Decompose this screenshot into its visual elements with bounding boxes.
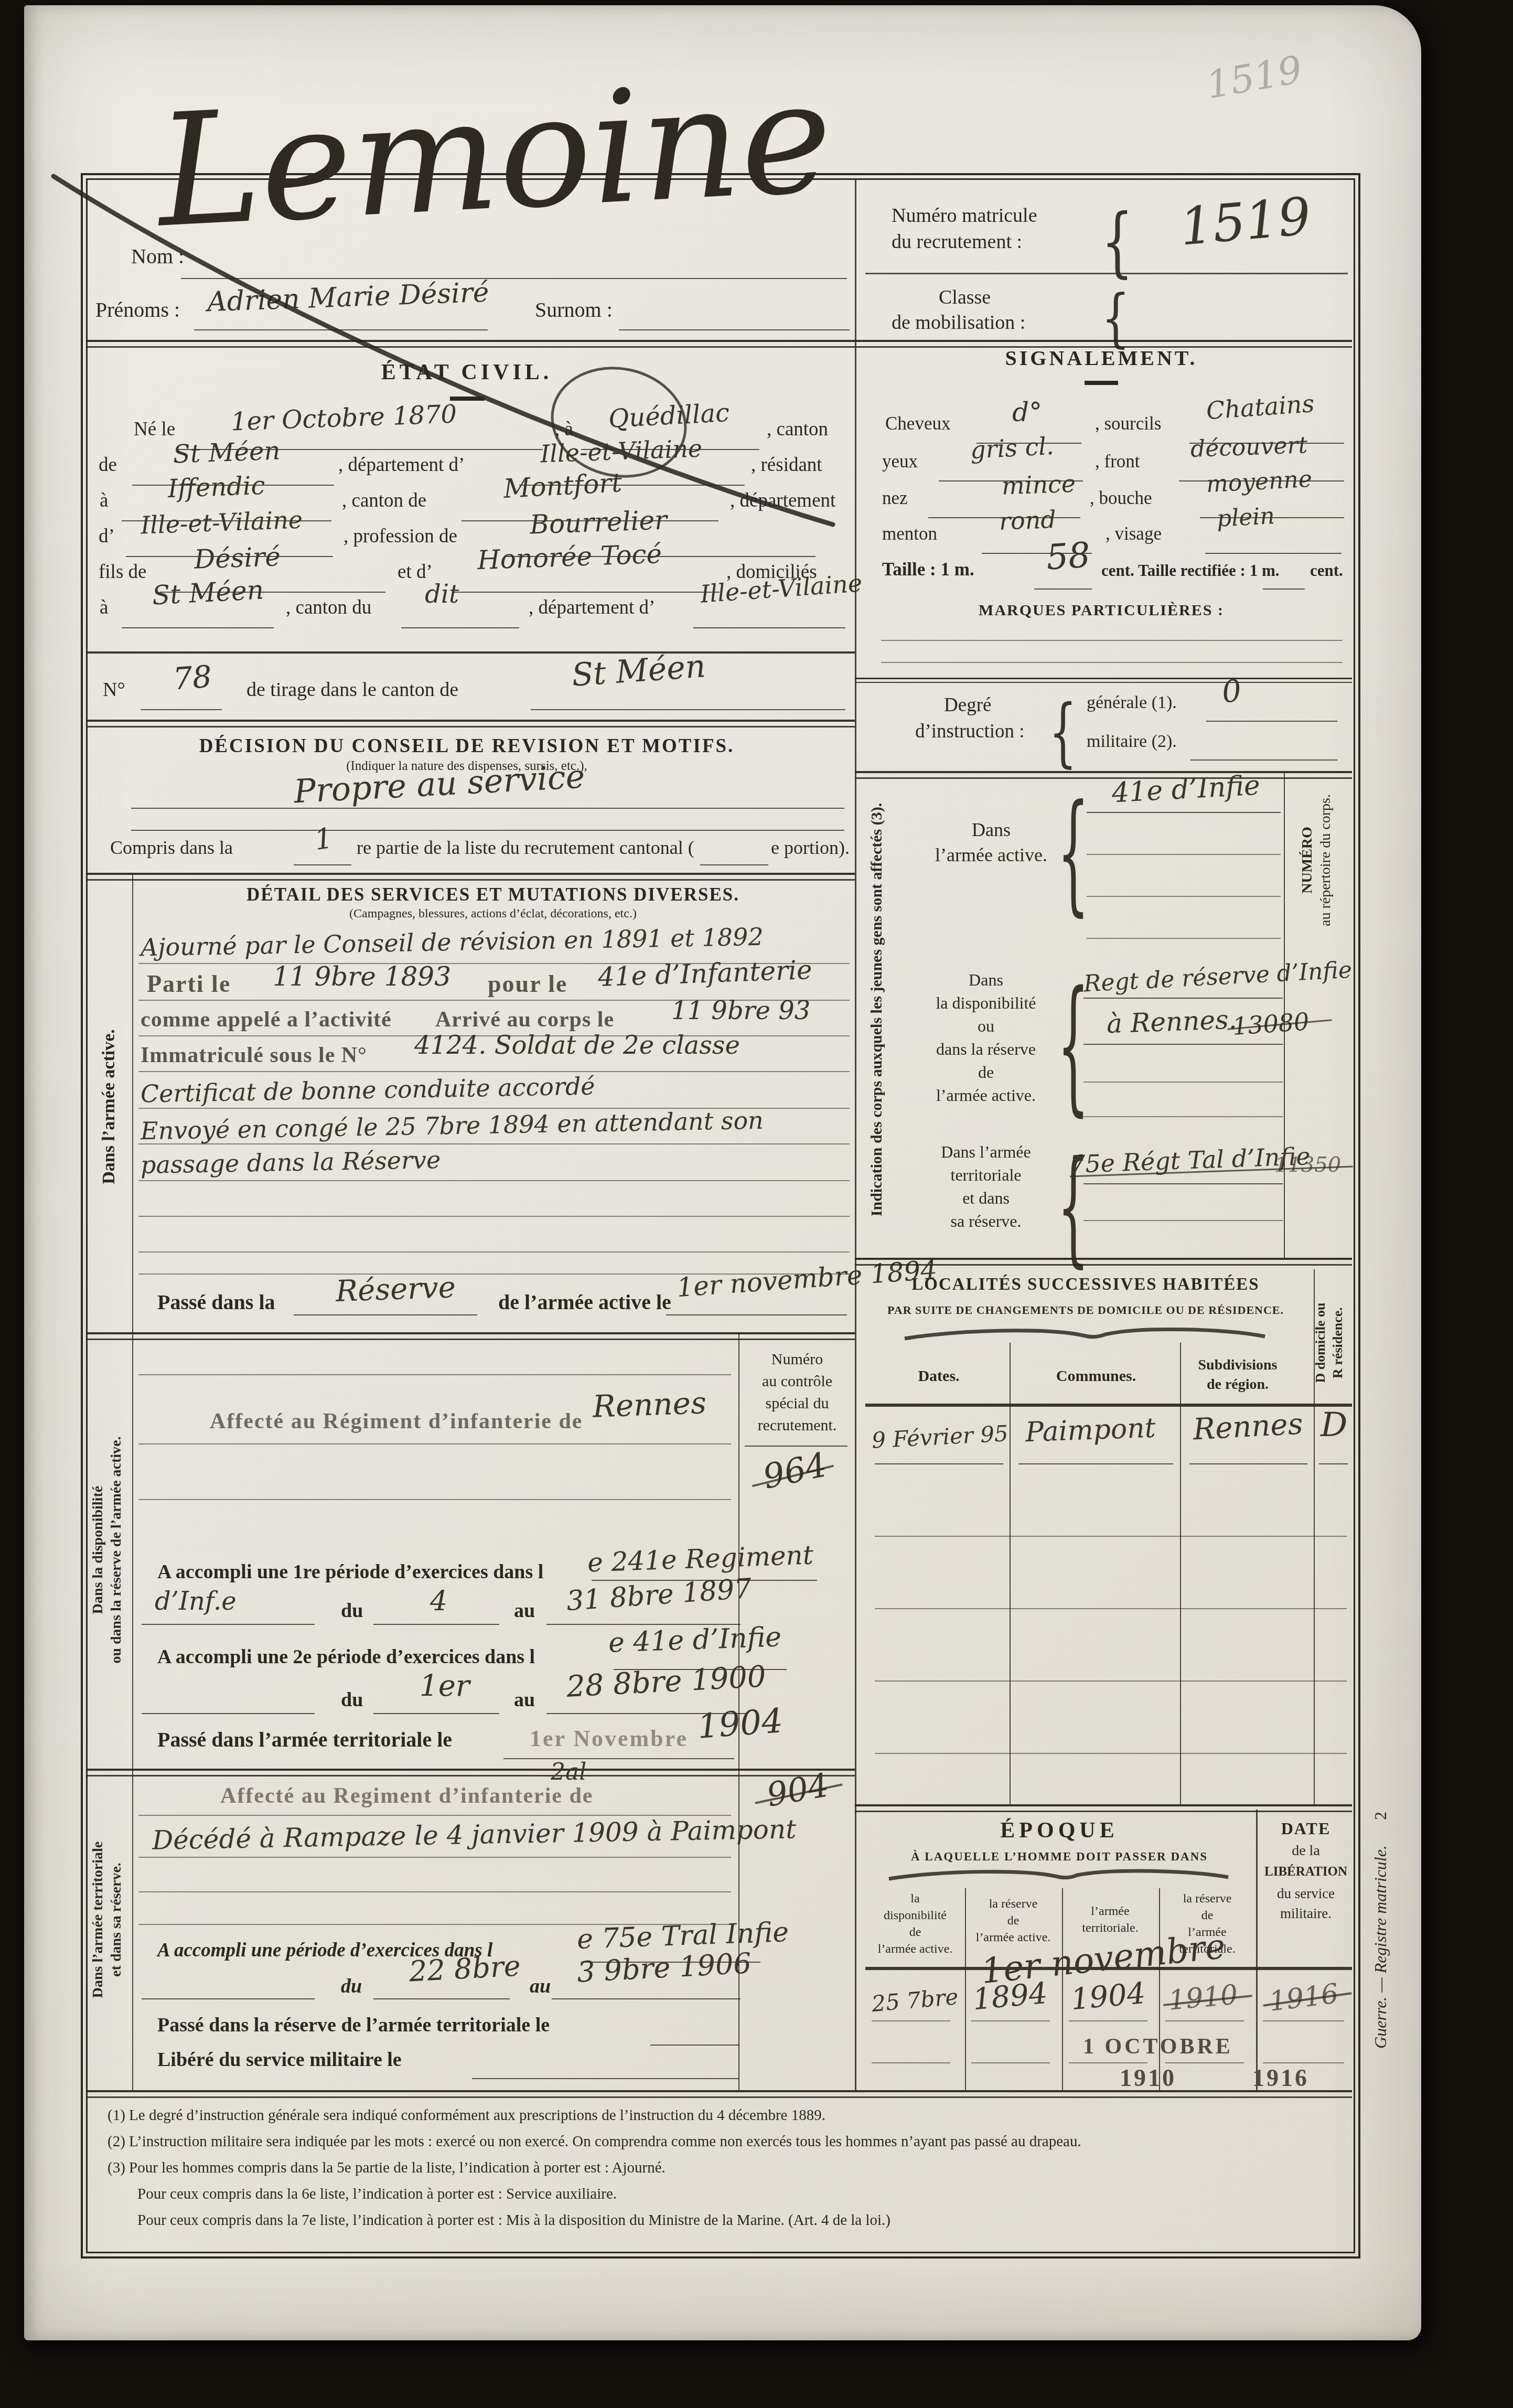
canton-naissance-value: St Méen — [173, 437, 281, 467]
line — [401, 627, 519, 628]
taille-cent-label: cent. — [1310, 562, 1343, 580]
terr-p-hw: e 75e Tral Infie — [576, 1918, 789, 1954]
services-line4-hw: 4124. Soldat de 2e classe — [414, 1032, 740, 1058]
classe-label2: de mobilisation : — [892, 313, 1025, 334]
epoque-v2: 1894 — [972, 1978, 1049, 2016]
menton-value: rond — [999, 507, 1056, 534]
line — [142, 1998, 315, 1999]
margin-label-territoriale: Dans l’armée territoriale et dans sa rés… — [89, 1842, 125, 1998]
footnote-4: Pour ceux compris dans la 6e liste, l’in… — [137, 2186, 617, 2202]
epoque-col1-l4: l’armée active. — [878, 1943, 953, 1956]
services-line3-stamp1: comme appelé a l’activité — [141, 1008, 392, 1031]
ne-le-label: Né le — [134, 420, 175, 440]
tirage-text: de tirage dans le canton de — [246, 680, 458, 701]
degre-label2: d’instruction : — [915, 722, 1025, 742]
canton-residence-value: Montfort — [503, 469, 623, 502]
tirage-no-label: N° — [103, 680, 125, 701]
numero-matricule-label2: du recrutement : — [892, 232, 1022, 253]
line — [1165, 2062, 1244, 2063]
epoque-col4-l2: de — [1201, 1909, 1214, 1922]
residence-value: Iffendic — [167, 473, 265, 502]
scan-photo: 1519 Lemoine Nom : Prénoms : Adrien Mari… — [0, 0, 1513, 2408]
signalement-heading: SIGNALEMENT. — [1005, 347, 1197, 369]
epoque-stamp-1916: 1916 — [1252, 2065, 1309, 2091]
line — [700, 864, 768, 865]
compris-label3: e portion). — [771, 838, 850, 858]
epoque-col1-l3: de — [909, 1926, 921, 1939]
epoque-stamp-octobre: 1 OCTOBRE — [1083, 2035, 1233, 2058]
taille-value: 58 — [1045, 537, 1092, 576]
line — [141, 709, 222, 710]
line — [142, 1713, 315, 1714]
line — [872, 2062, 950, 2063]
fils-de-label: fils de — [99, 562, 146, 583]
services-line2-stamp1: Parti le — [147, 971, 231, 997]
localites-divider3 — [1314, 1269, 1315, 1804]
epoque-col3-l2: territoriale. — [1082, 1922, 1138, 1935]
nez-label: nez — [882, 489, 908, 508]
localites-row-commune: Paimpont — [1025, 1414, 1156, 1447]
mere-value: Honorée Tocé — [477, 540, 662, 574]
corps-terr-label2: territoriale — [950, 1166, 1021, 1184]
bouche-value: moyenne — [1206, 467, 1313, 497]
corps-terr-num: 11350 — [1274, 1154, 1341, 1176]
localites-col-communes: Communes. — [1056, 1368, 1136, 1385]
sourcils-label: , sourcils — [1095, 414, 1161, 434]
tirage-bottom-rule — [86, 720, 855, 727]
line — [1083, 998, 1283, 999]
yeux-value: gris cl. — [970, 433, 1055, 463]
terr-reserve-label: Passé dans la réserve de l’armée territo… — [157, 2015, 550, 2036]
corps-numero-label-line: NUMÉRO — [1299, 827, 1315, 894]
line — [1087, 812, 1281, 813]
localites-col-subdiv2: de région. — [1207, 1377, 1269, 1392]
passe-reserve-label1: Passé dans la — [157, 1291, 275, 1313]
line — [875, 1681, 1347, 1682]
margin-label-disponibilite: Dans la disponibilité ou dans la réserve… — [89, 1436, 125, 1663]
corps-terr-label3: et dans — [962, 1190, 1010, 1207]
corps-active-label2: l’armée active. — [935, 846, 1047, 865]
epoque-date-label2: de la — [1292, 1843, 1320, 1858]
localites-divider1 — [1010, 1343, 1011, 1804]
localites-heading: LOCALITÉS SUCCESSIVES HABITÉES — [911, 1276, 1259, 1294]
line — [138, 1857, 731, 1858]
departement-naissance-value: Ille-et-Vilaine — [540, 436, 703, 467]
departement-residence-value: Ille-et-Vilaine — [140, 507, 303, 538]
corps-terr-label1: Dans l’armée — [941, 1143, 1031, 1161]
line — [138, 1216, 850, 1217]
front-label: , front — [1095, 452, 1140, 472]
passe-territoriale-stamp: 1er Novembre — [530, 1727, 688, 1751]
epoque-date-label5: militaire. — [1280, 1906, 1332, 1921]
epoque-date-label1: DATE — [1281, 1820, 1331, 1838]
passe-territoriale-value: 1904 — [696, 1704, 784, 1745]
localites-row-dr: D — [1321, 1408, 1347, 1443]
numero-matricule-value: 1519 — [1178, 189, 1313, 254]
line — [1319, 1463, 1348, 1464]
terr-du-label: du — [341, 1976, 362, 1997]
etat-civil-heading: ÉTAT CIVIL. — [381, 361, 553, 384]
libere-label: Libéré du service militaire le — [157, 2050, 402, 2071]
domicile-value: St Méen — [152, 576, 264, 609]
epoque-col2-l1: la réserve — [989, 1898, 1038, 1911]
p2-label: A accompli une 2e période d’exercices da… — [157, 1647, 535, 1668]
line — [875, 1536, 1347, 1537]
corps-margin-label-text: Indication des corps auxquels les jeunes… — [868, 803, 885, 1216]
main-column-divider — [855, 340, 856, 2090]
line — [1263, 588, 1305, 590]
tirage-no-value: 78 — [172, 660, 213, 695]
footnote-3: (3) Pour les hommes compris dans la 5e p… — [108, 2160, 666, 2176]
corps-dispo-label1: Dans — [969, 971, 1003, 989]
localites-dr-line: R résidence. — [1329, 1307, 1345, 1378]
epoque-heading: ÉPOQUE — [1000, 1819, 1118, 1842]
line — [503, 1758, 734, 1759]
line — [138, 1251, 850, 1253]
epoque-stamp-1910: 1910 — [1120, 2065, 1176, 2091]
line — [1083, 1116, 1283, 1117]
taille-label: Taille : 1 m. — [882, 560, 974, 580]
corps-bottom-rule — [855, 1258, 1352, 1266]
p1-du-value: 4 — [430, 1587, 447, 1616]
corps-active-value: 41e d’Infie — [1111, 772, 1261, 808]
p1-label: A accompli une 1re période d’exercices d… — [157, 1562, 543, 1583]
compris-label: Compris dans la — [110, 838, 233, 858]
generale-label: générale (1). — [1087, 693, 1177, 712]
yeux-label: yeux — [882, 452, 918, 472]
dispo-numero-label3: spécial du — [766, 1395, 829, 1412]
corps-dispo-num: 13080 — [1231, 1009, 1310, 1039]
line — [131, 808, 844, 809]
margin-label-line: Dans l’armée territoriale — [90, 1842, 106, 1998]
corps-dispo-label5: de — [978, 1064, 994, 1082]
numero-matricule-label: Numéro matricule — [892, 206, 1037, 227]
line — [875, 1753, 1347, 1754]
signalement-dash — [1085, 381, 1118, 385]
line — [531, 709, 845, 710]
line — [294, 1314, 477, 1315]
compris-label2: re partie de la liste du recrutement can… — [357, 838, 694, 858]
line — [1205, 553, 1342, 554]
services-line3-hw: 11 9bre 93 — [671, 998, 810, 1024]
departement2-label: , département — [730, 491, 835, 511]
taille-rect-label: cent. Taille rectifiée : 1 m. — [1101, 562, 1279, 580]
epoque-date-label4: du service — [1277, 1886, 1335, 1901]
p1-au-label: au — [514, 1601, 535, 1622]
dispo-affecte-stamp: Affecté au Régiment d’infanterie de — [210, 1410, 583, 1433]
line — [1087, 938, 1281, 939]
visage-value: plein — [1216, 504, 1275, 531]
decision-bottom-rule — [86, 873, 855, 881]
tirage-canton-value: St Méen — [571, 650, 706, 692]
margin-imprint: Guerre. — Registre matricule. 2 — [1370, 1812, 1391, 2049]
line — [1069, 2062, 1147, 2063]
epoque-col4-l1: la réserve — [1183, 1892, 1232, 1906]
bouche-label: , bouche — [1090, 489, 1152, 508]
corps-margin-label: Indication des corps auxquels les jeunes… — [867, 803, 887, 1216]
pere-value: Désiré — [194, 543, 281, 573]
margin-label-armee-active: Dans l’armée active. — [98, 1029, 121, 1184]
line — [294, 864, 351, 865]
services-line3-stamp2: Arrivé au corps le — [435, 1008, 614, 1031]
line — [875, 1463, 1003, 1464]
epoque-v3: 1904 — [1070, 1978, 1147, 2016]
signalement-bottom-rule — [855, 678, 1352, 683]
p2-du-label: du — [341, 1690, 363, 1711]
front-value: découvert — [1190, 433, 1308, 462]
line — [472, 2078, 739, 2079]
domicile-a-label: à — [100, 598, 108, 618]
menton-label: menton — [882, 525, 937, 544]
tirage-top-rule — [86, 651, 855, 654]
localites-header-rule — [865, 1404, 1352, 1407]
line — [1263, 2062, 1344, 2063]
dispo-numero-label1: Numéro — [771, 1351, 823, 1368]
localites-col-dates: Dates. — [918, 1368, 959, 1385]
line — [1263, 2020, 1344, 2021]
line — [452, 592, 720, 593]
pen-diagonal-stroke — [46, 157, 843, 545]
line — [138, 1071, 850, 1072]
epoque-ornament — [886, 1868, 1232, 1883]
line — [1034, 588, 1092, 590]
line — [373, 1713, 499, 1714]
canton-label: , canton — [767, 420, 828, 440]
p2-hw: e 41e d’Infie — [608, 1623, 782, 1657]
epoque-divider2 — [1062, 1888, 1063, 2090]
line — [1083, 1082, 1283, 1083]
numero-rule — [865, 273, 1348, 274]
passe-reserve-label2: de l’armée active le — [498, 1291, 671, 1313]
line — [1190, 759, 1337, 761]
passe-reserve-hw1: Réserve — [335, 1272, 456, 1308]
cheveux-label: Cheveux — [885, 414, 950, 434]
localites-divider2 — [1180, 1343, 1181, 1804]
services-line2-hw2: 41e d’Infanterie — [597, 956, 812, 991]
margin-label-text: Dans l’armée active. — [99, 1029, 119, 1184]
footnote-5: Pour ceux compris dans la 7e liste, l’in… — [137, 2212, 890, 2228]
p2-au-label: au — [514, 1690, 535, 1711]
line — [650, 2045, 739, 2046]
line — [1189, 1463, 1307, 1464]
line — [971, 2020, 1050, 2021]
localites-row-subdiv: Rennes — [1193, 1409, 1304, 1446]
dispo-affecte-value: Rennes — [592, 1387, 707, 1422]
services-bottom-rule — [86, 1332, 855, 1340]
corps-dispo-label2: la disponibilité — [936, 994, 1036, 1012]
line — [131, 830, 844, 831]
instruction-bottom-rule — [855, 771, 1352, 779]
line — [1087, 854, 1281, 855]
line — [1087, 896, 1281, 897]
marques-label: MARQUES PARTICULIÈRES : — [979, 602, 1224, 619]
canton-du-label: , canton du — [286, 598, 371, 618]
classe-label: Classe — [939, 287, 991, 308]
margin-label-line: ou dans la réserve de l’armée active. — [108, 1436, 124, 1663]
line — [138, 1374, 731, 1375]
cheveux-value: d° — [1012, 399, 1042, 426]
line — [693, 627, 845, 628]
footer-top-rule — [86, 2090, 1352, 2098]
corps-terr-label4: sa réserve. — [950, 1213, 1021, 1230]
canton-de-label: de — [99, 455, 117, 476]
dispo-numero-label4: recrutement. — [758, 1417, 837, 1434]
margin-imprint-text: Guerre. — Registre matricule. — [1371, 1845, 1390, 2049]
services-line7: passage dans la Réserve — [141, 1147, 441, 1178]
services-line2-stamp2: pour le — [488, 971, 567, 997]
p1b-hw: d’Inf.e — [155, 1588, 237, 1614]
line — [971, 2062, 1050, 2063]
margin-divider — [132, 873, 133, 2090]
line — [881, 640, 1343, 641]
epoque-date-divider — [1256, 1810, 1258, 2090]
line — [1018, 1463, 1173, 1464]
lieu-naissance-value: Quédillac — [608, 400, 730, 432]
corps-active-label1: Dans — [972, 820, 1011, 840]
profession-label: , profession de — [344, 527, 457, 547]
residant-label: , résidant — [751, 455, 822, 476]
departement-d-label: d’ — [99, 527, 115, 547]
dispo-numero-label2: au contrôle — [762, 1373, 832, 1390]
epoque-col3-l1: l’armée — [1091, 1905, 1129, 1918]
militaire-label: militaire (2). — [1087, 732, 1177, 751]
line — [138, 1815, 731, 1816]
corps-dispo-value2: à Rennes. — [1106, 1006, 1237, 1038]
decision-heading: DÉCISION DU CONSEIL DE REVISION ET MOTIF… — [199, 736, 735, 757]
line — [872, 2020, 950, 2021]
epoque-col2-l3: l’armée active. — [976, 1931, 1051, 1944]
epoque-col1-l2: disponibilité — [884, 1909, 947, 1922]
services-line4-stamp: Immatriculé sous le N° — [141, 1044, 367, 1067]
corps-dispo-label4: dans la réserve — [936, 1041, 1036, 1058]
ne-a-label: , à — [555, 420, 573, 440]
terr-au-label: au — [530, 1976, 551, 1997]
departement-label: , département d’ — [338, 455, 465, 476]
corps-numero-label-line: au répertoire du corps. — [1317, 794, 1334, 926]
line — [373, 1624, 499, 1625]
nez-value: mince — [1001, 471, 1076, 499]
terr-affecte-sup: 2al — [551, 1760, 586, 1784]
margin-page-number: 2 — [1371, 1812, 1390, 1820]
canton-de2-label: , canton de — [342, 491, 426, 511]
services-line2-hw1: 11 9bre 1893 — [273, 963, 451, 991]
generale-value: 0 — [1220, 675, 1243, 708]
epoque-col2-l2: de — [1007, 1914, 1020, 1928]
line — [1165, 2020, 1244, 2021]
localites-bottom-rule — [855, 1804, 1352, 1812]
localites-ornament — [902, 1327, 1269, 1343]
profession-value: Bourrelier — [529, 506, 668, 539]
line — [138, 1443, 731, 1444]
line — [552, 1998, 741, 1999]
line — [1069, 2020, 1147, 2021]
margin-label-line: et dans sa réserve. — [108, 1863, 124, 1977]
line — [881, 662, 1343, 663]
epoque-divider3 — [1159, 1888, 1160, 2090]
line — [745, 1446, 847, 1447]
line — [373, 1998, 510, 1999]
p1-du-label: du — [341, 1601, 363, 1622]
line — [875, 1608, 1347, 1609]
line — [138, 1499, 731, 1500]
line — [666, 1314, 847, 1315]
corps-numero-label: NUMÉRO au répertoire du corps. — [1298, 794, 1335, 926]
epoque-col1-l1: la — [910, 1892, 919, 1906]
footnote-1: (1) Le degré d’instruction générale sera… — [108, 2107, 825, 2123]
localites-dr-label: D domicile ou R résidence. — [1312, 1302, 1346, 1383]
line — [142, 1624, 315, 1625]
line — [138, 1891, 731, 1892]
line — [122, 627, 274, 628]
dispo-bottom-rule — [86, 1769, 855, 1776]
brace-corps-active: { — [1057, 776, 1089, 929]
header-divider — [855, 178, 856, 341]
epoque-divider1 — [965, 1888, 966, 2090]
corps-dispo-label3: ou — [978, 1018, 994, 1035]
degre-label1: Degré — [944, 695, 991, 716]
corps-dispo-label6: l’armée active. — [936, 1087, 1036, 1105]
footnote-2: (2) L’instruction militaire sera indiqué… — [108, 2134, 1081, 2149]
line — [138, 1180, 850, 1181]
brace-numero: { — [1101, 197, 1133, 285]
residant-a-label: à — [100, 491, 108, 511]
departement3-label: , département d’ — [529, 598, 655, 618]
brace-degre: { — [1049, 688, 1077, 776]
line — [1206, 721, 1337, 722]
line — [138, 1143, 850, 1144]
localites-subheading: PAR SUITE DE CHANGEMENTS DE DOMICILE OU … — [887, 1304, 1284, 1316]
margin-label-line: Dans la disponibilité — [90, 1486, 106, 1614]
passe-territoriale-label: Passé dans l’armée territoriale le — [157, 1729, 452, 1751]
epoque-date-label3: LIBÉRATION — [1264, 1865, 1347, 1879]
terr-du-value: 22 8bre — [409, 1951, 521, 1987]
line — [1083, 1220, 1283, 1221]
line — [1083, 1044, 1283, 1045]
canton-du-value: dit — [425, 581, 459, 607]
localites-col-subdiv1: Subdivisions — [1198, 1357, 1278, 1373]
epoque-subheading: À LAQUELLE L’HOMME DOIT PASSER DANS — [911, 1850, 1208, 1863]
services-heading: DÉTAIL DES SERVICES ET MUTATIONS DIVERSE… — [246, 885, 739, 905]
line — [1083, 1183, 1283, 1184]
terr-affecte-stamp: Affecté au Regiment d’infanterie de — [220, 1784, 593, 1807]
visage-label: , visage — [1106, 525, 1162, 544]
services-subheading: (Campagnes, blessures, actions d’éclat, … — [349, 907, 637, 921]
p2-du-value: 1er — [420, 1671, 470, 1702]
